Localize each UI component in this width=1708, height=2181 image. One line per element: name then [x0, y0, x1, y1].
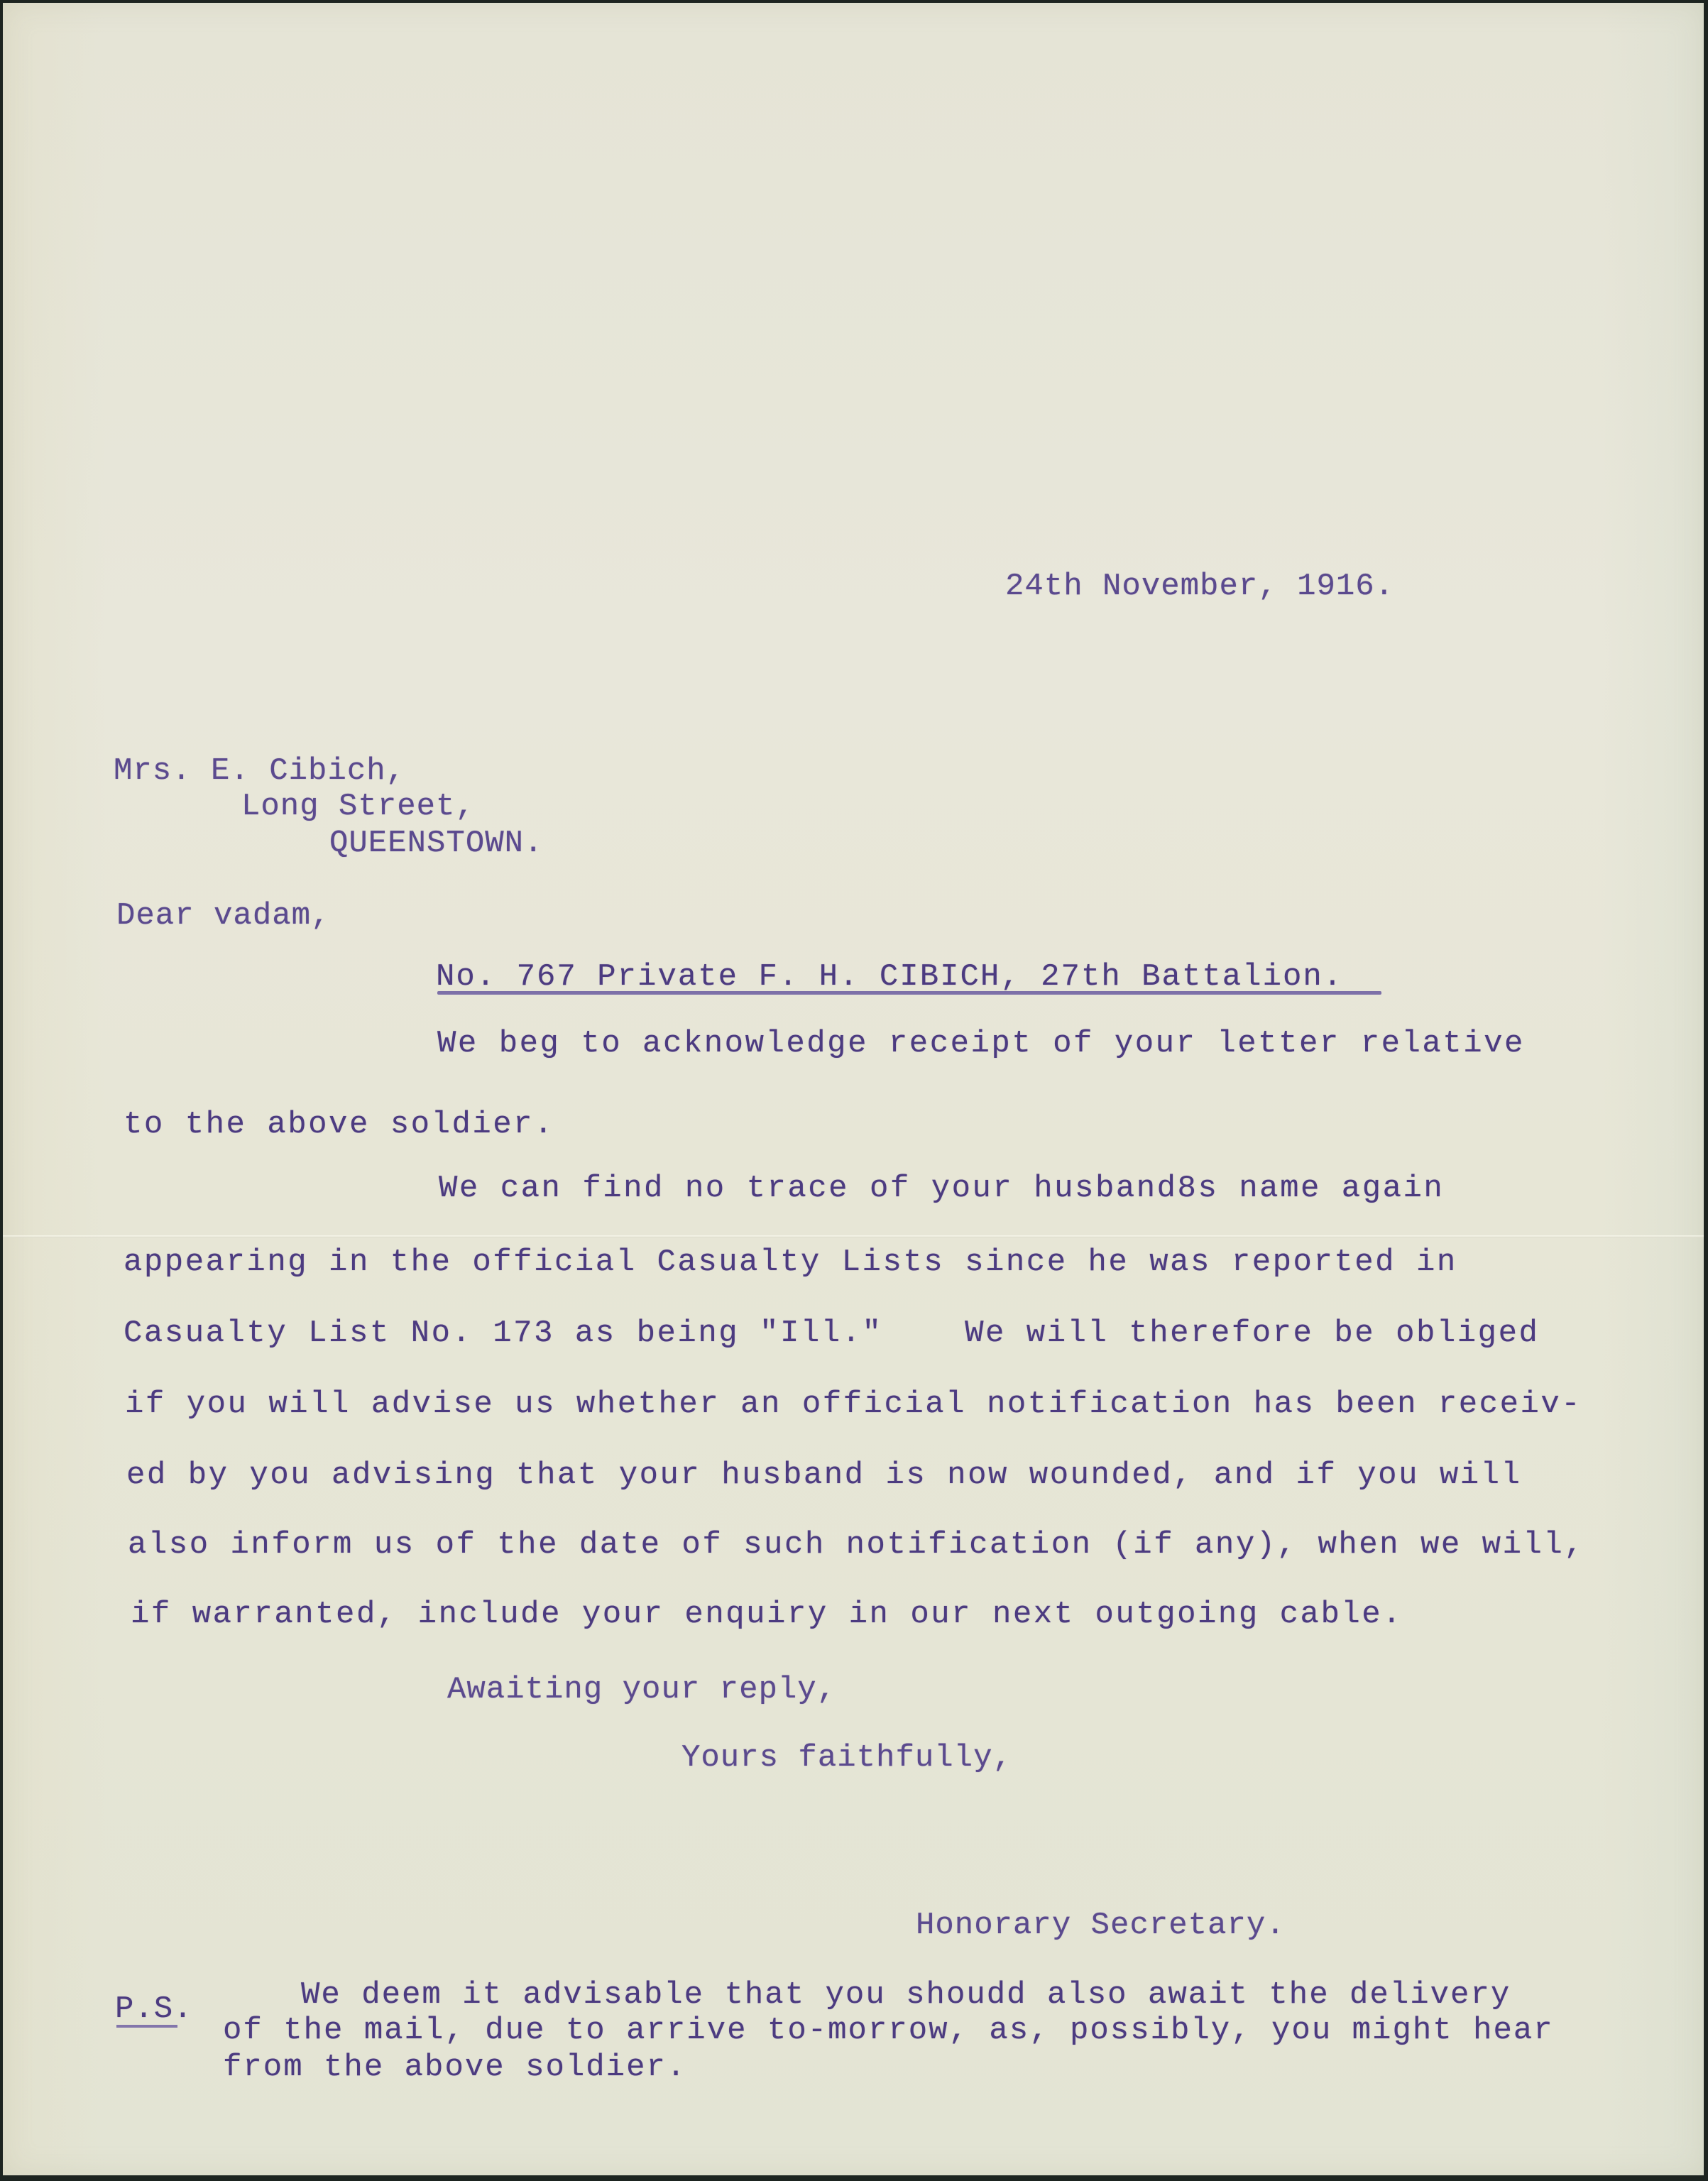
body-line-9: if warranted, include your enquiry in ou… — [131, 1599, 1403, 1630]
closing-yours-faithfully: Yours faithfully, — [681, 1742, 1012, 1773]
recipient-street: Long Street, — [241, 791, 475, 822]
ps-line-2: of the mail, due to arrive to-morrow, as… — [223, 2015, 1554, 2046]
recipient-town: QUEENSTOWN. — [329, 828, 543, 859]
ps-line-3: from the above soldier. — [223, 2052, 686, 2083]
salutation: Dear vadam, — [116, 900, 330, 931]
recipient-name: Mrs. E. Cibich, — [114, 755, 405, 787]
body-line-8: also inform us of the date of such notif… — [128, 1529, 1584, 1560]
body-line-4: appearing in the official Casualty Lists… — [124, 1247, 1457, 1278]
paper-fold-line — [3, 1235, 1704, 1238]
body-line-3: We can find no trace of your husband8s n… — [439, 1173, 1444, 1204]
subject-underline — [437, 991, 1381, 995]
ps-label: P.S. — [115, 1994, 193, 2025]
body-line-5: Casualty List No. 173 as being "Ill." We… — [124, 1318, 1539, 1349]
letter-page: 24th November, 1916. Mrs. E. Cibich, Lon… — [3, 3, 1704, 2175]
ps-label-underline — [116, 2025, 177, 2028]
signature-title: Honorary Secretary. — [916, 1910, 1286, 1941]
body-line-6: if you will advise us whether an officia… — [125, 1389, 1582, 1420]
closing-awaiting: Awaiting your reply, — [447, 1674, 836, 1705]
body-line-2: to the above soldier. — [124, 1109, 554, 1140]
subject-line: No. 767 Private F. H. CIBICH, 27th Batta… — [436, 961, 1343, 993]
body-line-7: ed by you advising that your husband is … — [126, 1460, 1522, 1491]
ps-line-1: We deem it advisable that you shoudd als… — [301, 1979, 1511, 2011]
letter-date: 24th November, 1916. — [1005, 571, 1394, 602]
body-line-1: We beg to acknowledge receipt of your le… — [437, 1028, 1525, 1059]
